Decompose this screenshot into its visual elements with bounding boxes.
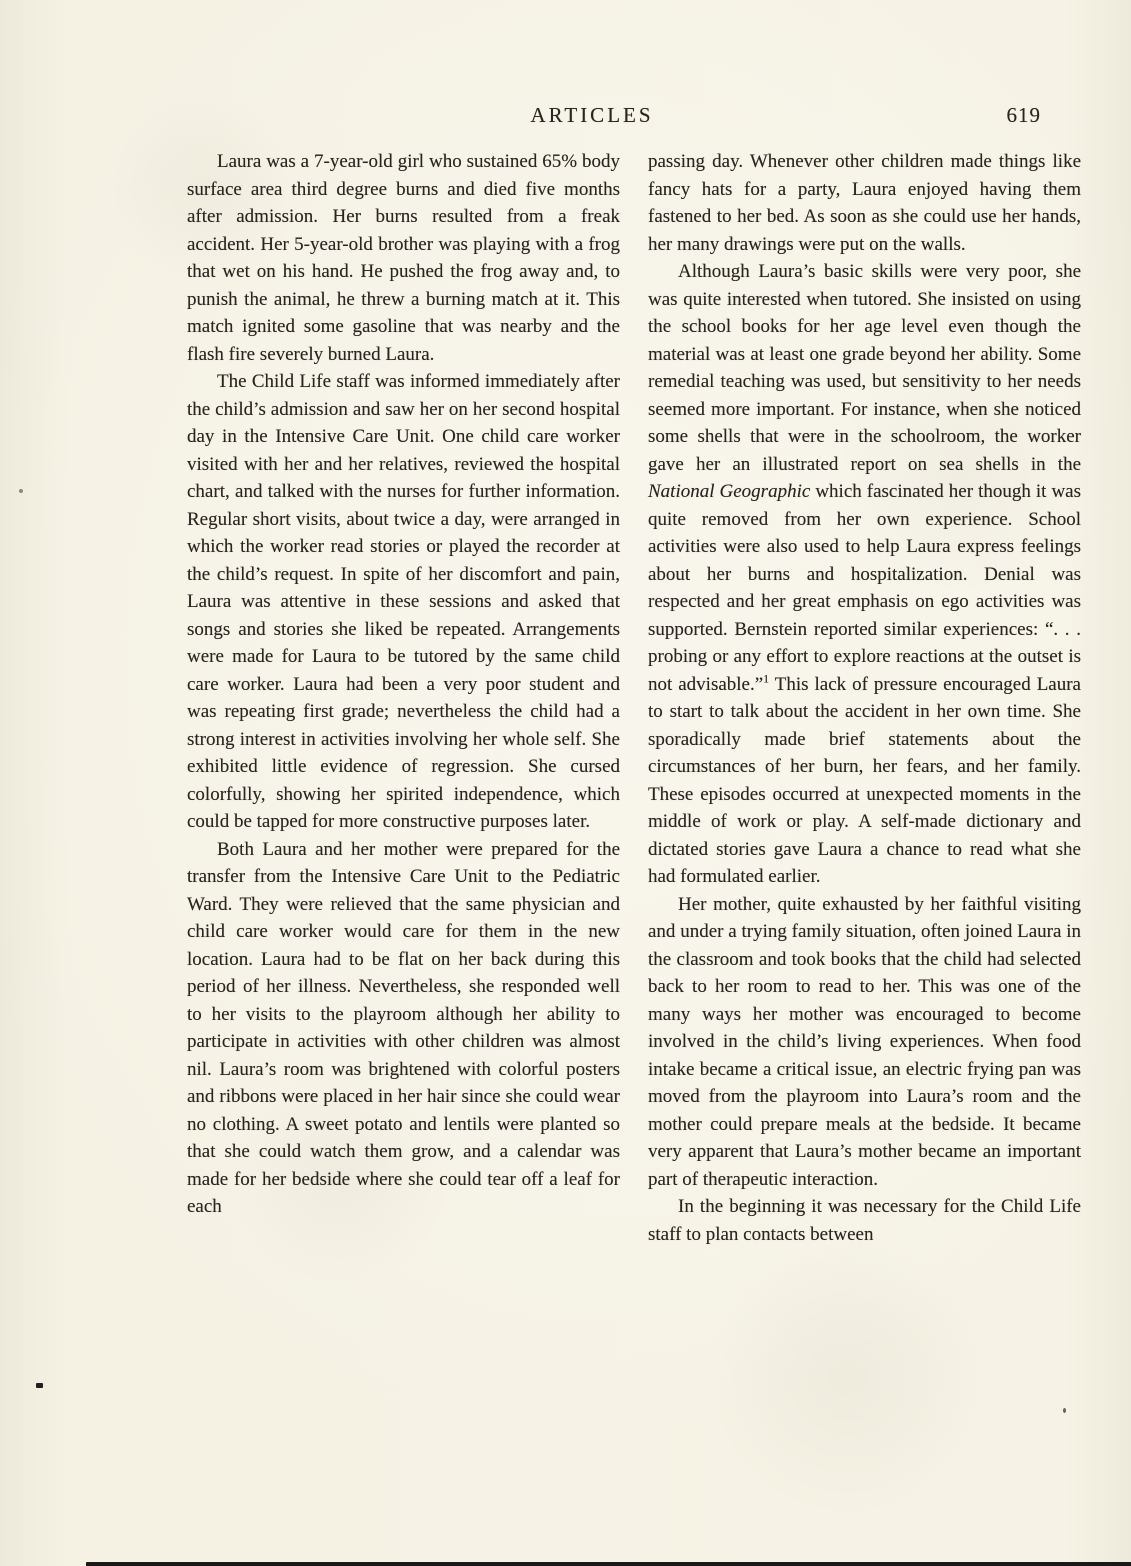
paragraph-laura-intro: Laura was a 7-year-old girl who sustaine… <box>187 148 620 368</box>
running-head-title: ARTICLES <box>187 103 997 128</box>
paragraph-her-mother: Her mother, quite exhausted by her faith… <box>648 891 1081 1194</box>
paragraph-in-the-beginning: In the beginning it was necessary for th… <box>648 1193 1081 1248</box>
ink-speck-artifact <box>19 489 23 493</box>
scanner-edge-artifact <box>86 1562 1131 1566</box>
paragraph-text: This lack of pressure encouraged Laura t… <box>648 674 1081 888</box>
scanned-article-page: ARTICLES 619 Laura was a 7-year-old girl… <box>0 0 1131 1566</box>
running-head: ARTICLES 619 <box>187 103 1081 133</box>
paragraph-transfer: Both Laura and her mother were prepared … <box>187 836 620 1221</box>
paragraph-text: which fascinated her though it was quite… <box>648 481 1081 695</box>
paragraph-passing-day: passing day. Whenever other children mad… <box>648 148 1081 258</box>
text-columns: Laura was a 7-year-old girl who sustaine… <box>187 148 1081 1248</box>
page-number: 619 <box>1007 103 1042 128</box>
paragraph-text: Although Laura’s basic skills were very … <box>648 261 1081 475</box>
right-column: passing day. Whenever other children mad… <box>648 148 1081 1248</box>
left-column: Laura was a 7-year-old girl who sustaine… <box>187 148 620 1248</box>
ink-speck-artifact <box>36 1383 43 1388</box>
journal-title-italic: National Geographic <box>648 481 810 502</box>
paragraph-child-life-staff: The Child Life staff was informed immedi… <box>187 368 620 836</box>
ink-speck-artifact <box>1063 1408 1066 1413</box>
paragraph-basic-skills: Although Laura’s basic skills were very … <box>648 258 1081 891</box>
